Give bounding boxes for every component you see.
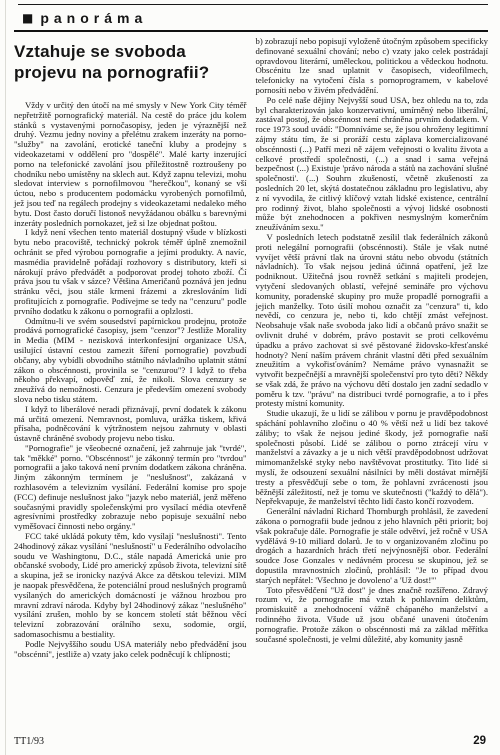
section-marker-icon: ■ [22, 12, 33, 24]
left-column: Vztahuje se svoboda projevu na pornograf… [14, 37, 247, 659]
page-number: 29 [473, 735, 486, 747]
scan-edge-line [5, 0, 6, 755]
page-footer: TT1/93 29 [14, 735, 486, 747]
section-title: panoráma [40, 10, 147, 26]
article-paragraph: I když není všechen tento materiál dostu… [14, 228, 247, 316]
right-column: b) zobrazují nebo popisují vyloženě útoč… [256, 37, 489, 659]
article-paragraph: "Pornografie" je všeobecné označení, jež… [14, 444, 247, 532]
article-paragraph: Generální návladní Richard Thornburgh pr… [256, 507, 489, 585]
right-column-text: b) zobrazují nebo popisují vyloženě útoč… [256, 37, 489, 644]
article-paragraph: FCC také ukládá pokuty těm, kdo vysílají… [14, 532, 247, 640]
article-paragraph: Po celé naše dějiny Nejvyšší soud USA, b… [256, 96, 489, 233]
header-rule [14, 30, 488, 32]
article-paragraph: I když to liberálové neradi přiznávají, … [14, 405, 247, 444]
article-paragraph: V posledních letech podstatně zesílil tl… [256, 233, 489, 409]
article-paragraph: b) zobrazují nebo popisují vyloženě útoč… [256, 37, 489, 96]
article-paragraph: Toto přesvědčení "Už dost" je dnes značn… [256, 586, 489, 645]
section-header: ■ panoráma [14, 5, 488, 30]
journal-issue-code: TT1/93 [14, 736, 44, 747]
article-body: Vztahuje se svoboda projevu na pornograf… [14, 37, 488, 659]
article-title: Vztahuje se svoboda projevu na pornograf… [14, 41, 247, 83]
article-paragraph: Studie ukazují, že u lidí se zálibou v p… [256, 409, 489, 507]
left-column-text: Vždy v určitý den útočí na mé smysly v N… [14, 101, 247, 659]
magazine-page: ■ panoráma Vztahuje se svoboda projevu n… [0, 0, 500, 659]
article-paragraph: Podle Nejvyššího soudu USA materiály neb… [14, 640, 247, 660]
article-paragraph: Vždy v určitý den útočí na mé smysly v N… [14, 101, 247, 228]
article-paragraph: Odmítnu-li ve svém sousedství papírnicko… [14, 317, 247, 405]
